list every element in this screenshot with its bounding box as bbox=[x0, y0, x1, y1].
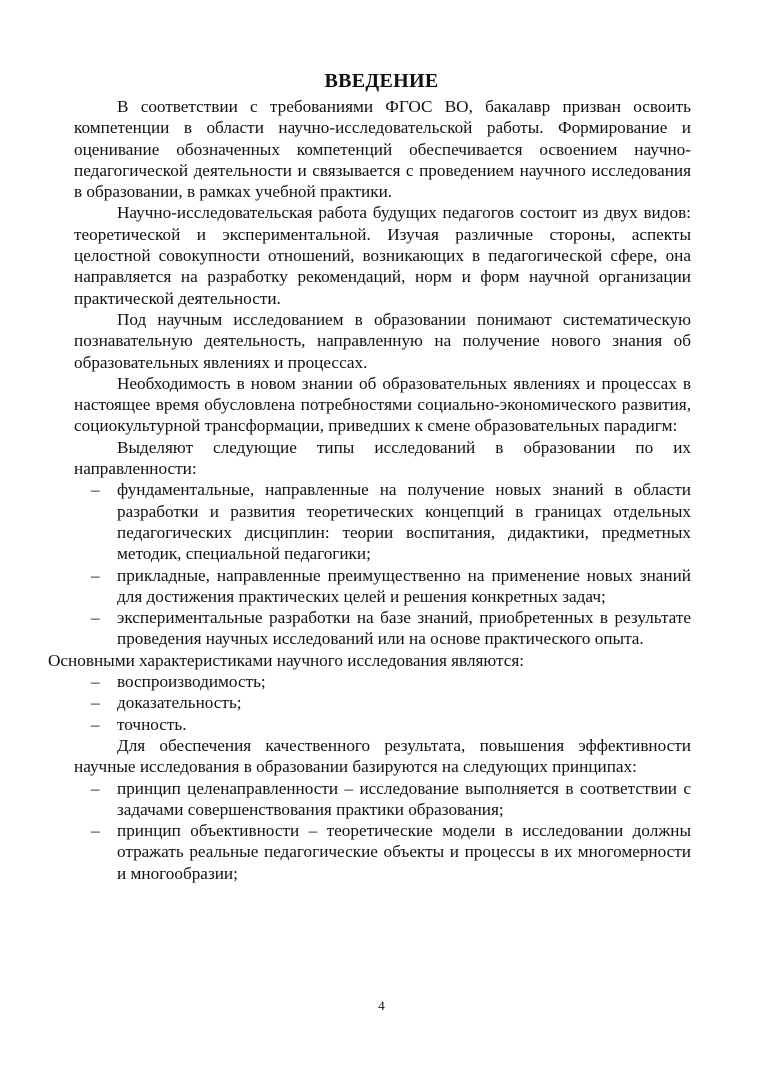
document-page: ВВЕДЕНИЕ В соответствии с требованиями Ф… bbox=[0, 0, 763, 1080]
page-title: ВВЕДЕНИЕ bbox=[0, 70, 763, 93]
paragraph-intro: В соответствии с требованиями ФГОС ВО, б… bbox=[74, 96, 691, 202]
dash-bullet-icon: – bbox=[91, 820, 100, 841]
dash-bullet-icon: – bbox=[91, 479, 100, 500]
dash-bullet-icon: – bbox=[91, 565, 100, 586]
characteristics-list: –воспроизводимость; –доказательность; –т… bbox=[74, 671, 691, 735]
research-types-list: –фундаментальные, направленные на получе… bbox=[74, 479, 691, 649]
dash-bullet-icon: – bbox=[91, 607, 100, 628]
principles-list: –принцип целенаправленности – исследован… bbox=[74, 778, 691, 884]
list-item: –воспроизводимость; bbox=[117, 671, 691, 692]
paragraph-types-intro: Выделяют следующие типы исследований в о… bbox=[74, 437, 691, 480]
page-number: 4 bbox=[0, 998, 763, 1014]
paragraph-research-work: Научно-исследовательская работа будущих … bbox=[74, 202, 691, 308]
paragraph-characteristics-intro: Основными характеристиками научного иссл… bbox=[48, 650, 691, 671]
list-item: –принцип объективности – теоретические м… bbox=[117, 820, 691, 884]
list-item: –точность. bbox=[117, 714, 691, 735]
list-item: –фундаментальные, направленные на получе… bbox=[117, 479, 691, 564]
dash-bullet-icon: – bbox=[91, 778, 100, 799]
dash-bullet-icon: – bbox=[91, 692, 100, 713]
dash-bullet-icon: – bbox=[91, 714, 100, 735]
document-body: В соответствии с требованиями ФГОС ВО, б… bbox=[74, 96, 691, 884]
list-item: –прикладные, направленные преимущественн… bbox=[117, 565, 691, 608]
list-item: –экспериментальные разработки на базе зн… bbox=[117, 607, 691, 650]
list-item: –доказательность; bbox=[117, 692, 691, 713]
paragraph-principles-intro: Для обеспечения качественного результата… bbox=[74, 735, 691, 778]
list-item: –принцип целенаправленности – исследован… bbox=[117, 778, 691, 821]
dash-bullet-icon: – bbox=[91, 671, 100, 692]
paragraph-definition: Под научным исследованием в образовании … bbox=[74, 309, 691, 373]
paragraph-necessity: Необходимость в новом знании об образова… bbox=[74, 373, 691, 437]
